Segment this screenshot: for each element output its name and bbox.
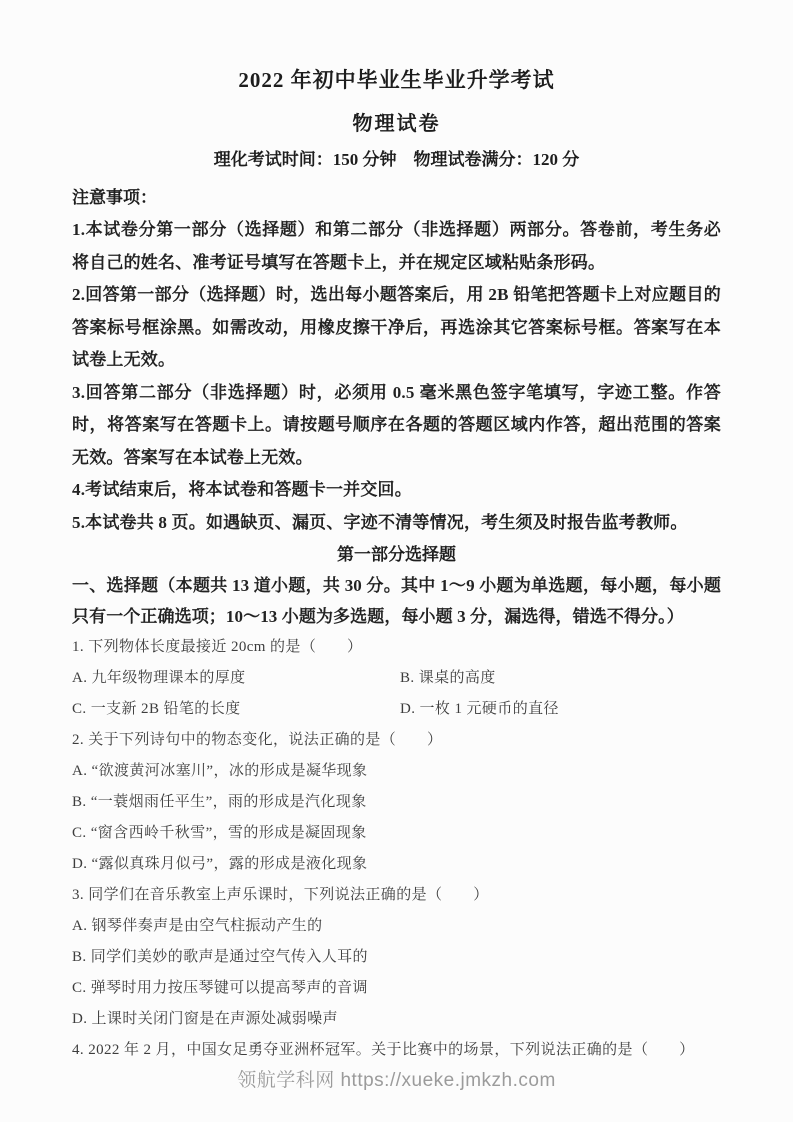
question-4-stem: 4. 2022 年 2 月，中国女足勇夺亚洲杯冠军。关于比赛中的场景，下列说法正… (72, 1035, 721, 1066)
question-2-stem: 2. 关于下列诗句中的物态变化，说法正确的是（ ） (72, 725, 721, 756)
exam-paper-page: 2022 年初中毕业生毕业升学考试 物理试卷 理化考试时间：150 分钟 物理试… (0, 0, 793, 1122)
question-1-option-a: A. 九年级物理课本的厚度 (72, 663, 400, 694)
question-3: 3. 同学们在音乐教室上声乐课时，下列说法正确的是（ ） A. 钢琴伴奏声是由空… (72, 880, 721, 1035)
question-1-options: A. 九年级物理课本的厚度 B. 课桌的高度 C. 一支新 2B 铅笔的长度 D… (72, 663, 721, 725)
question-3-option-b: B. 同学们美妙的歌声是通过空气传入人耳的 (72, 942, 721, 973)
question-4: 4. 2022 年 2 月，中国女足勇夺亚洲杯冠军。关于比赛中的场景，下列说法正… (72, 1035, 721, 1066)
section-header: 第一部分选择题 (72, 539, 721, 570)
question-1-option-c: C. 一支新 2B 铅笔的长度 (72, 694, 400, 725)
notice-item-4: 4.考试结束后，将本试卷和答题卡一并交回。 (72, 474, 721, 507)
paper-subtitle: 物理试卷 (72, 113, 721, 135)
question-1-option-b: B. 课桌的高度 (400, 663, 721, 694)
question-2-option-c: C. “窗含西岭千秋雪”，雪的形成是凝固现象 (72, 818, 721, 849)
exam-info: 理化考试时间：150 分钟 物理试卷满分：120 分 (72, 150, 721, 170)
question-1-stem: 1. 下列物体长度最接近 20cm 的是（ ） (72, 632, 721, 663)
notice-item-1: 1.本试卷分第一部分（选择题）和第二部分（非选择题）两部分。答卷前，考生务必将自… (72, 214, 721, 279)
question-2-option-b: B. “一蓑烟雨任平生”，雨的形成是汽化现象 (72, 787, 721, 818)
notice-item-5: 5.本试卷共 8 页。如遇缺页、漏页、字迹不清等情况，考生须及时报告监考教师。 (72, 507, 721, 540)
notice-label: 注意事项： (72, 182, 721, 214)
question-3-options: A. 钢琴伴奏声是由空气柱振动产生的 B. 同学们美妙的歌声是通过空气传入人耳的… (72, 911, 721, 1035)
question-2-option-a: A. “欲渡黄河冰塞川”，冰的形成是凝华现象 (72, 756, 721, 787)
section-intro: 一、选择题（本题共 13 道小题，共 30 分。其中 1～9 小题为单选题，每小… (72, 570, 721, 632)
question-3-option-d: D. 上课时关闭门窗是在声源处减弱噪声 (72, 1004, 721, 1035)
question-3-option-a: A. 钢琴伴奏声是由空气柱振动产生的 (72, 911, 721, 942)
question-2: 2. 关于下列诗句中的物态变化，说法正确的是（ ） A. “欲渡黄河冰塞川”，冰… (72, 725, 721, 880)
question-2-options: A. “欲渡黄河冰塞川”，冰的形成是凝华现象 B. “一蓑烟雨任平生”，雨的形成… (72, 756, 721, 880)
footer-watermark: 领航学科网 https://xueke.jmkzh.com (0, 1065, 793, 1092)
question-1-option-d: D. 一枚 1 元硬币的直径 (400, 694, 721, 725)
notice-item-2: 2.回答第一部分（选择题）时，选出每小题答案后，用 2B 铅笔把答题卡上对应题目… (72, 279, 721, 377)
question-1: 1. 下列物体长度最接近 20cm 的是（ ） A. 九年级物理课本的厚度 B.… (72, 632, 721, 725)
page-title: 2022 年初中毕业生毕业升学考试 (72, 68, 721, 92)
notice-item-3: 3.回答第二部分（非选择题）时，必须用 0.5 毫米黑色签字笔填写，字迹工整。作… (72, 377, 721, 475)
question-3-option-c: C. 弹琴时用力按压琴键可以提高琴声的音调 (72, 973, 721, 1004)
question-3-stem: 3. 同学们在音乐教室上声乐课时，下列说法正确的是（ ） (72, 880, 721, 911)
question-2-option-d: D. “露似真珠月似弓”，露的形成是液化现象 (72, 849, 721, 880)
